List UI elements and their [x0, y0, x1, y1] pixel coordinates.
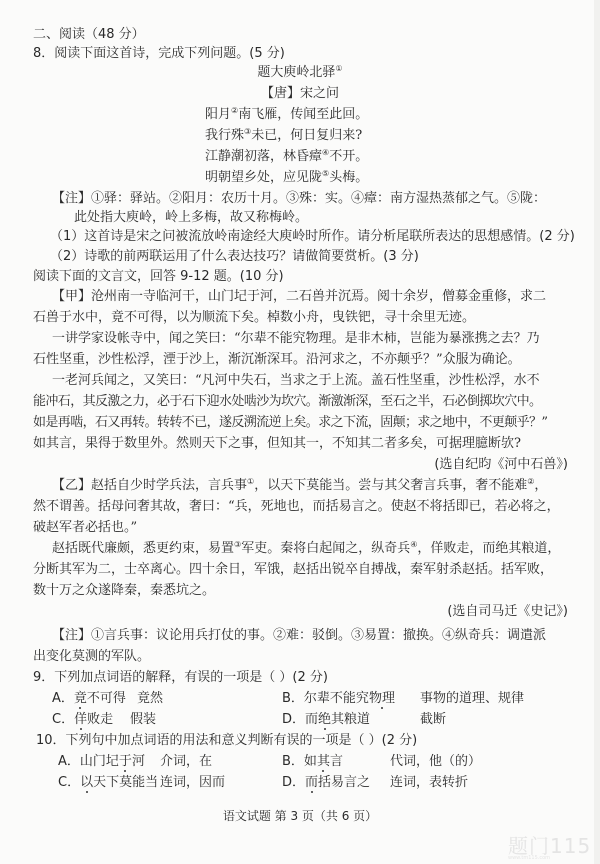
poem-line-1: 阳月②南飞雁，传闻至此回。: [205, 106, 368, 124]
jia-line-3: 一讲学家设帐寺中，闻之笑曰：“尔辈不能究物理。是非木柿，岂能为暴涨携之去？乃: [52, 330, 540, 348]
jia-line-5: 一老河兵闻之，又笑曰：“凡河中失石，当求之于上流。盖石性坚重，沙性松浮，水不: [52, 372, 540, 390]
section-title: 二、阅读（48 分）: [33, 26, 145, 44]
poem-line-2: 我行殊③未已，何日复归来?: [205, 127, 362, 145]
q9-option-c[interactable]: C．佯败走: [52, 711, 113, 729]
poem-line-3: 江静潮初落，林昏瘴④不开。: [205, 148, 368, 166]
poem-notes-line-1: 【注】①驿：驿站。②阳月：农历十月。③殊：实。④瘴：南方湿热蒸郁之气。⑤陇：: [52, 190, 546, 208]
yi-line-2: 然不谓善。括母问奢其故，奢曰：“兵，死地也，而括易言之。使赵不将括即已，若必将之…: [33, 498, 560, 516]
q10-option-d-meaning: 连词，表转折: [390, 774, 468, 792]
q10-option-b-meaning: 代词，他（的）: [390, 753, 481, 771]
q9-option-c-meaning: 假装: [130, 711, 156, 729]
page-footer: 语文试题 第 3 页（共 6 页）: [0, 807, 600, 825]
yi-source: (选自司马迁《史记》): [300, 603, 568, 621]
jia-line-2: 石兽于水中，竟不可得，以为顺流下矣。棹数小舟，曳铁钯，寻十余里无迹。: [33, 309, 475, 327]
watermark-logo: 题门115 www.tm115.com: [508, 830, 594, 858]
yi-line-6: 数十万之众遂降秦，秦悉坑之。: [33, 582, 215, 600]
yi-line-3: 破赵军者必括也。”: [33, 519, 137, 537]
q9-option-d[interactable]: D．而绝其粮道: [282, 711, 370, 729]
poem-title-text: 题大庾岭北驿: [257, 65, 335, 80]
q9-option-b[interactable]: B．尔辈不能究物理: [282, 690, 395, 708]
q10-option-b[interactable]: B．如其言: [282, 753, 343, 771]
jia-line-7: 如是再啮，石又再转。转转不已，遂反溯流逆上矣。求之下流，固颠；求之地中，不更颠乎…: [33, 414, 547, 432]
page-edge-shadow: [594, 0, 600, 864]
poem-notes-line-2: 此处指大庾岭，岭上多梅，故又称梅岭。: [74, 209, 308, 227]
q10-option-a[interactable]: A．山门圮于河: [58, 753, 145, 771]
q10-prompt: 10．下列句中加点词语的用法和意义判断有误的一项是（ ）(2 分): [36, 732, 417, 750]
q9-option-a-meaning: 竟然: [137, 690, 163, 708]
yi-line-1: 【乙】赵括自少时学兵法，言兵事①，以天下莫能当。尝与其父奢言兵事，奢不能难②，: [52, 477, 547, 495]
yi-notes-line-2: 出变化莫测的军队。: [33, 648, 150, 666]
jia-line-4: 石性坚重，沙性松浮，湮于沙上，渐沉渐深耳。沿河求之，不亦颠乎？”众服为确论。: [33, 351, 521, 369]
classical-intro: 阅读下面的文言文，回答 9-12 题。(10 分): [33, 268, 284, 286]
jia-line-8: 如其言，果得于数里外。然则天下之事，但知其一，不知其二者多矣，可据理臆断欤?: [33, 435, 521, 453]
exam-page: 二、阅读（48 分） 8．阅读下面这首诗，完成下列问题。(5 分) 题大庾岭北驿…: [0, 0, 600, 864]
q9-prompt: 9．下列加点词语的解释，有误的一项是（ ）(2 分): [33, 669, 328, 687]
q10-option-c[interactable]: C．以天下莫能当: [58, 774, 158, 792]
jia-source: (选自纪昀《河中石兽》): [300, 456, 568, 474]
jia-line-6: 能冲石，其反激之力，必于石下迎水处啮沙为坎穴。渐激渐深，至石之半，石必倒掷坎穴中…: [33, 393, 541, 411]
q8-sub2: （2）诗歌的前两联运用了什么表达技巧？请做简要赏析。(3 分): [50, 248, 419, 266]
poem-author: 【唐】宋之问: [0, 85, 600, 103]
q9-option-b-meaning: 事物的道理、规律: [420, 690, 524, 708]
yi-notes-line-1: 【注】①言兵事：议论用兵打仗的事。②难：驳倒。③易置：撤换。④纵奇兵：调遣派: [52, 627, 546, 645]
q10-option-c-meaning: 连词，因而: [160, 774, 225, 792]
yi-line-4: 赵括既代廉颇，悉更约束，易置③军吏。秦将白起闻之，纵奇兵④，佯败走，而绝其粮道，: [52, 540, 560, 558]
q10-option-d[interactable]: D．而括易言之: [282, 774, 370, 792]
q9-option-d-meaning: 截断: [420, 711, 446, 729]
poem-line-4: 明朝望乡处，应见陇⑤头梅。: [205, 169, 368, 187]
footnote-marker: ①: [335, 64, 342, 73]
jia-line-1: 【甲】沧州南一寺临河干，山门圮于河，二石兽并沉焉。阅十余岁，僧募金重修，求二: [52, 288, 546, 306]
q9-option-a[interactable]: A．竟不可得: [52, 690, 126, 708]
q10-option-a-meaning: 介词，在: [160, 753, 212, 771]
q8-sub1: （1）这首诗是宋之问被流放岭南途经大庾岭时所作。请分析尾联所表达的思想感情。(2…: [50, 228, 575, 246]
yi-line-5: 分断其军为二，士卒离心。四十余日，军饿，赵括出锐卒自搏战，秦军射杀赵括。括军败，: [33, 561, 553, 579]
poem-title: 题大庾岭北驿①: [0, 64, 600, 82]
q8-prompt: 8．阅读下面这首诗，完成下列问题。(5 分): [33, 45, 285, 63]
